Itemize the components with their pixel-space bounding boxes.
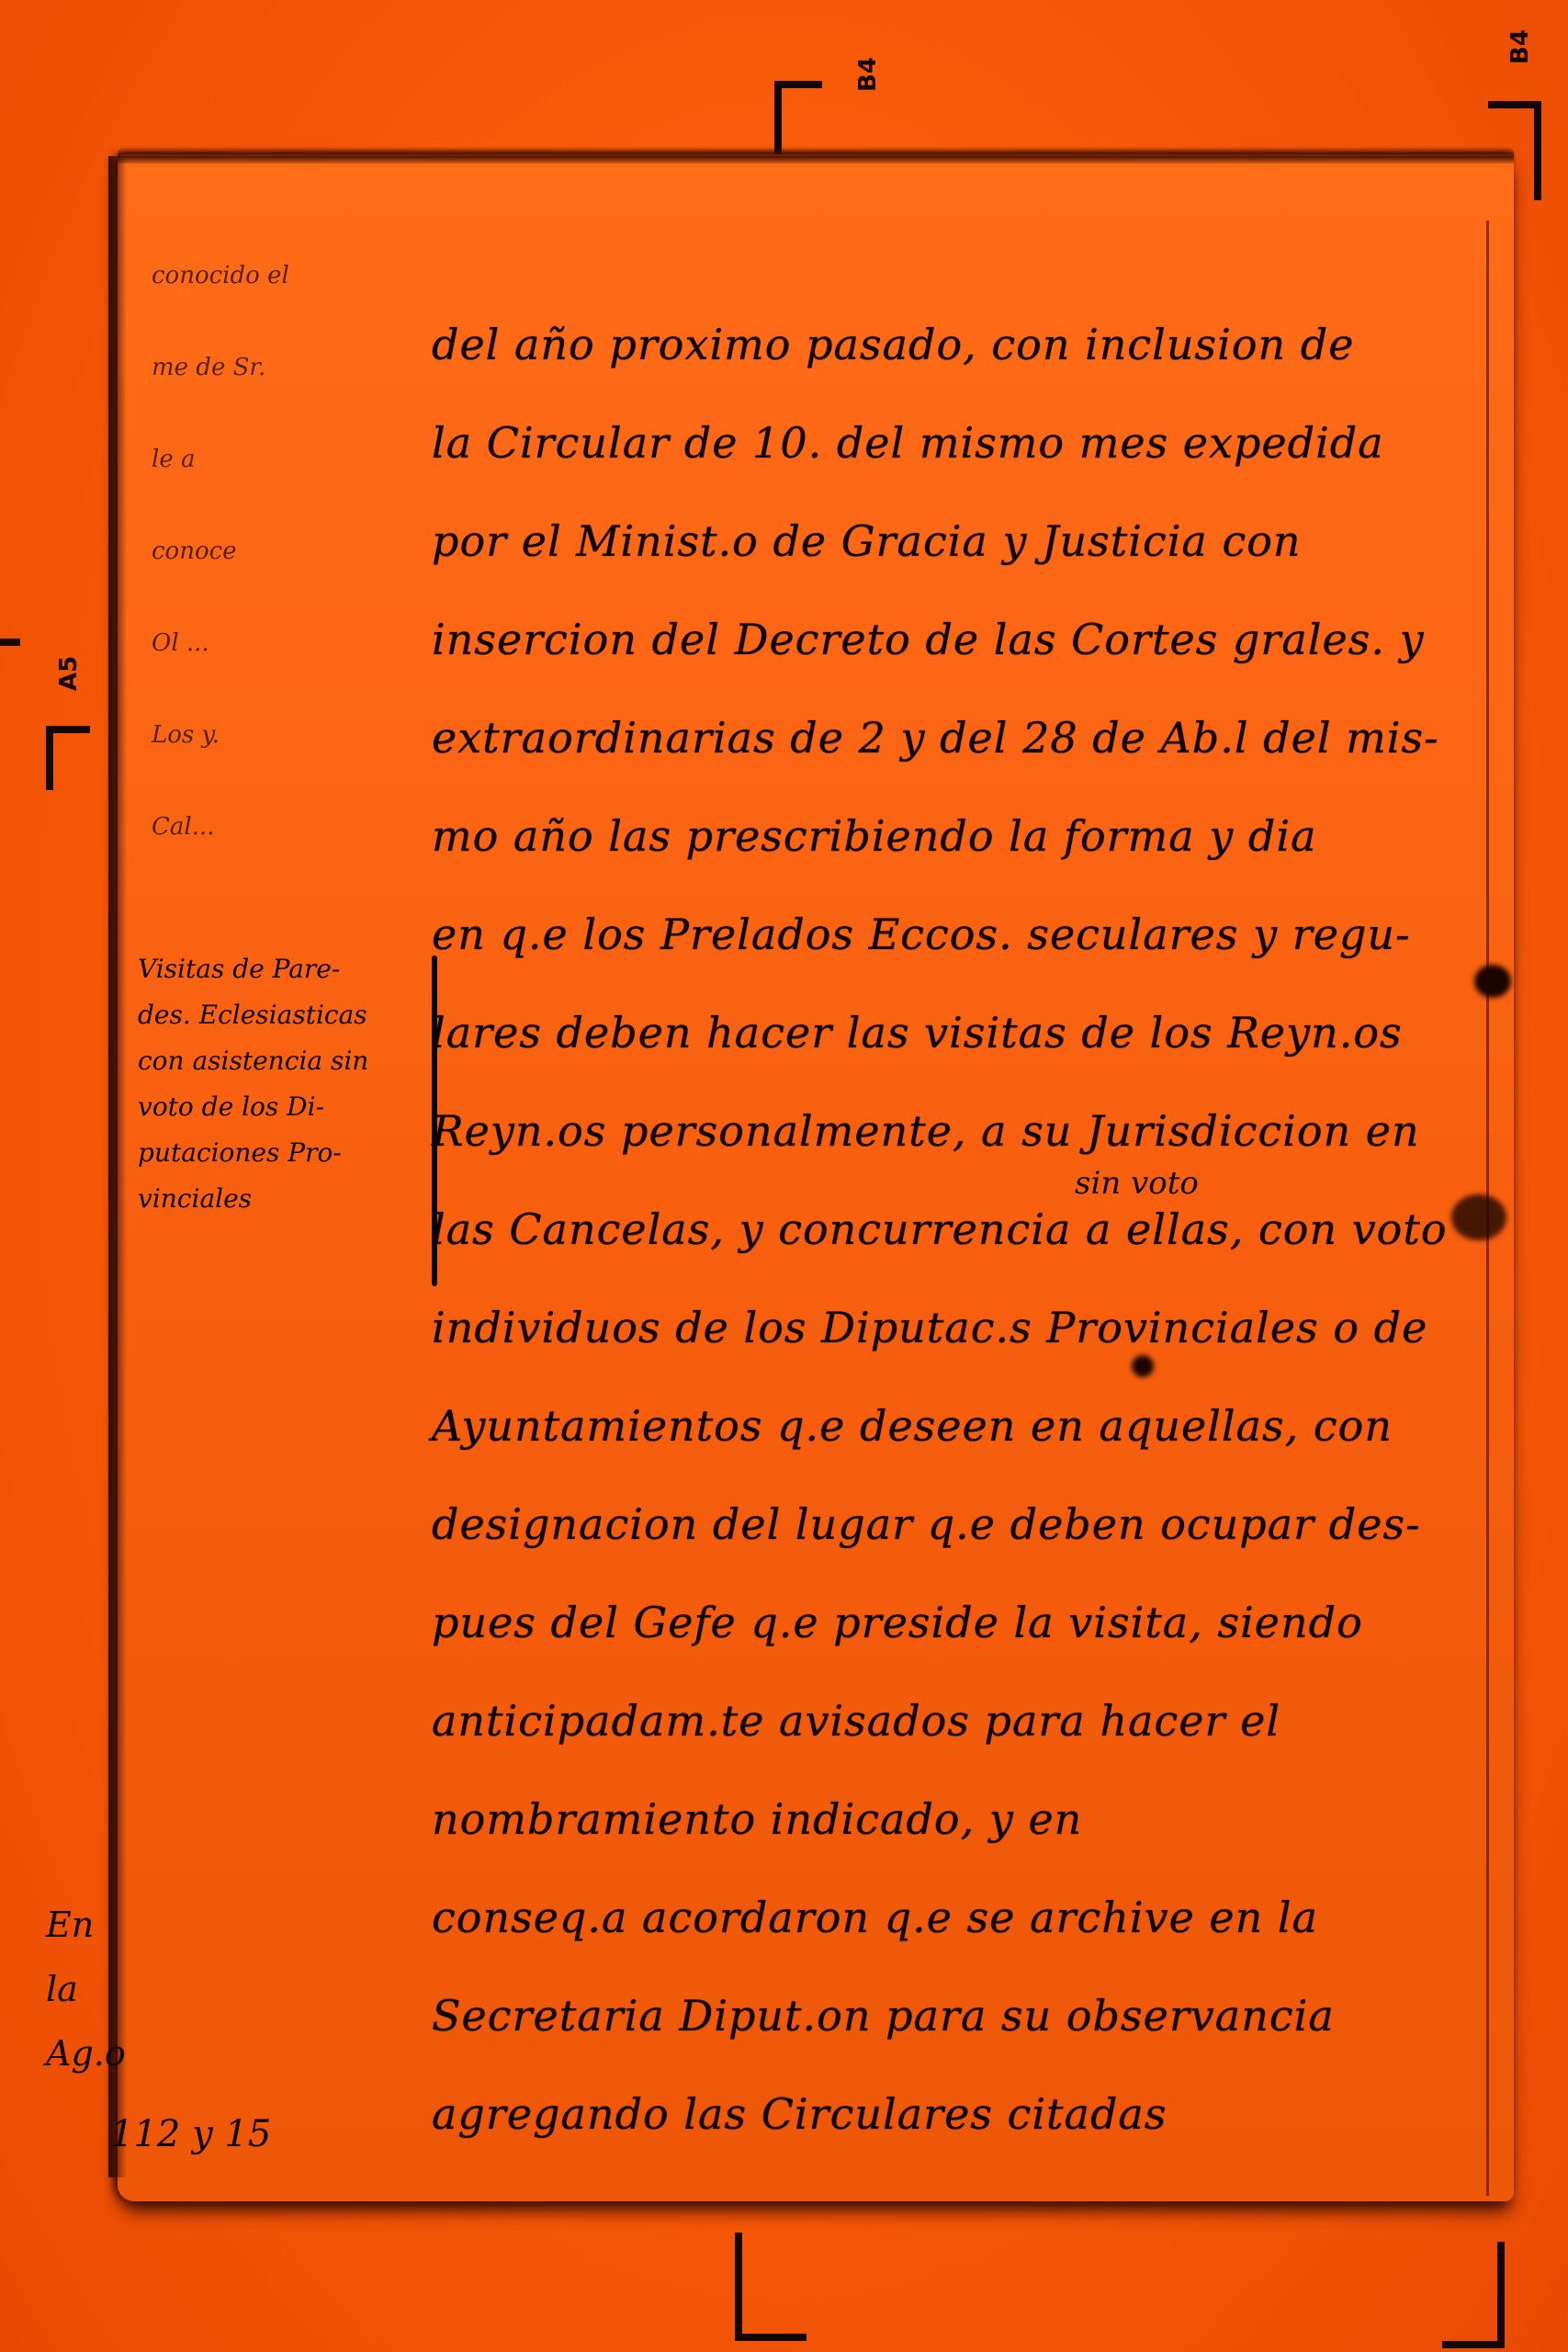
text-line-9: Reyn.os personalmente, a su Jurisdiccion…	[432, 1090, 1497, 1188]
text-line-14: pues del Gefe q.e preside la visita, sie…	[432, 1581, 1497, 1679]
ink-blot	[1451, 1194, 1506, 1240]
main-text-body: del año proximo pasado, con inclusion de…	[432, 303, 1497, 2171]
bracket-bottom-left	[735, 2233, 807, 2341]
marker-label: B4	[1506, 29, 1534, 64]
text-line-15: anticipadam.te avisados para hacer el	[432, 1679, 1497, 1778]
margin-note: Visitas de Pare- des. Eclesiasticas con …	[138, 946, 432, 1222]
ink-blot	[1474, 965, 1511, 998]
faint-line: me de Sr.	[152, 349, 427, 441]
bracket-left-a5	[46, 726, 90, 790]
faint-line: Los y.	[152, 717, 427, 808]
page-top-edge	[118, 147, 1514, 164]
bottom-note-line: Ag.o	[46, 2021, 126, 2086]
margin-note-line: des. Eclesiasticas	[138, 992, 432, 1038]
text-line-7: en q.e los Prelados Eccos. seculares y r…	[432, 893, 1497, 991]
margin-note-line: vinciales	[138, 1176, 432, 1222]
faint-left-column: conocido el me de Sr. le a conoce Ol ...…	[152, 257, 427, 900]
ink-blot	[1132, 1355, 1154, 1377]
text-line-3: por el Minist.o de Gracia y Justicia con	[432, 500, 1497, 598]
text-line-17: conseq.a acordaron q.e se archive en la	[432, 1876, 1497, 1974]
faint-line: Cal...	[152, 808, 427, 900]
text-line-8: lares deben hacer las visitas de los Rey…	[432, 991, 1497, 1090]
interlinear-insertion: sin voto	[1075, 1165, 1199, 1202]
folio-mark: 112 y 15	[110, 2113, 271, 2155]
faint-line: conocido el	[152, 257, 427, 349]
text-line-11: individuos de los Diputac.s Provinciales…	[432, 1286, 1497, 1385]
margin-brace	[432, 955, 437, 1286]
marker-label: A5	[55, 656, 83, 691]
tick-left	[0, 639, 20, 646]
text-line-13: designacion del lugar q.e deben ocupar d…	[432, 1483, 1497, 1581]
text-line-5: extraordinarias de 2 y del 28 de Ab.l de…	[432, 696, 1497, 795]
text-line-2: la Circular de 10. del mismo mes expedid…	[432, 401, 1497, 500]
page-left-edge	[108, 156, 127, 2177]
bottom-left-note: En la Ag.o	[46, 1893, 126, 2086]
text-line-6: mo año las prescribiendo la forma y dia	[432, 795, 1497, 893]
bracket-bottom-right	[1442, 2242, 1505, 2348]
text-line-4: insercion del Decreto de las Cortes gral…	[432, 598, 1497, 696]
marker-label: B4	[854, 57, 882, 92]
faint-line: conoce	[152, 533, 427, 625]
margin-note-line: con asistencia sin	[138, 1038, 432, 1084]
margin-note-line: Visitas de Pare-	[138, 946, 432, 992]
margin-note-line: putaciones Pro-	[138, 1130, 432, 1176]
text-line-10: las Cancelas, y concurrencia a ellas, co…	[432, 1188, 1497, 1286]
text-line-19: agregando las Circulares citadas	[432, 2073, 1497, 2171]
text-line-16: nombramiento indicado, y en	[432, 1778, 1497, 1876]
bottom-note-line: la	[46, 1957, 126, 2021]
faint-line: le a	[152, 441, 427, 533]
text-line-12: Ayuntamientos q.e deseen en aquellas, co…	[432, 1385, 1497, 1483]
faint-line: Ol ...	[152, 625, 427, 717]
margin-note-line: voto de los Di-	[138, 1084, 432, 1130]
bottom-note-line: En	[46, 1893, 126, 1957]
text-line-18: Secretaria Diput.on para su observancia	[432, 1974, 1497, 2073]
text-line-1: del año proximo pasado, con inclusion de	[432, 303, 1497, 401]
